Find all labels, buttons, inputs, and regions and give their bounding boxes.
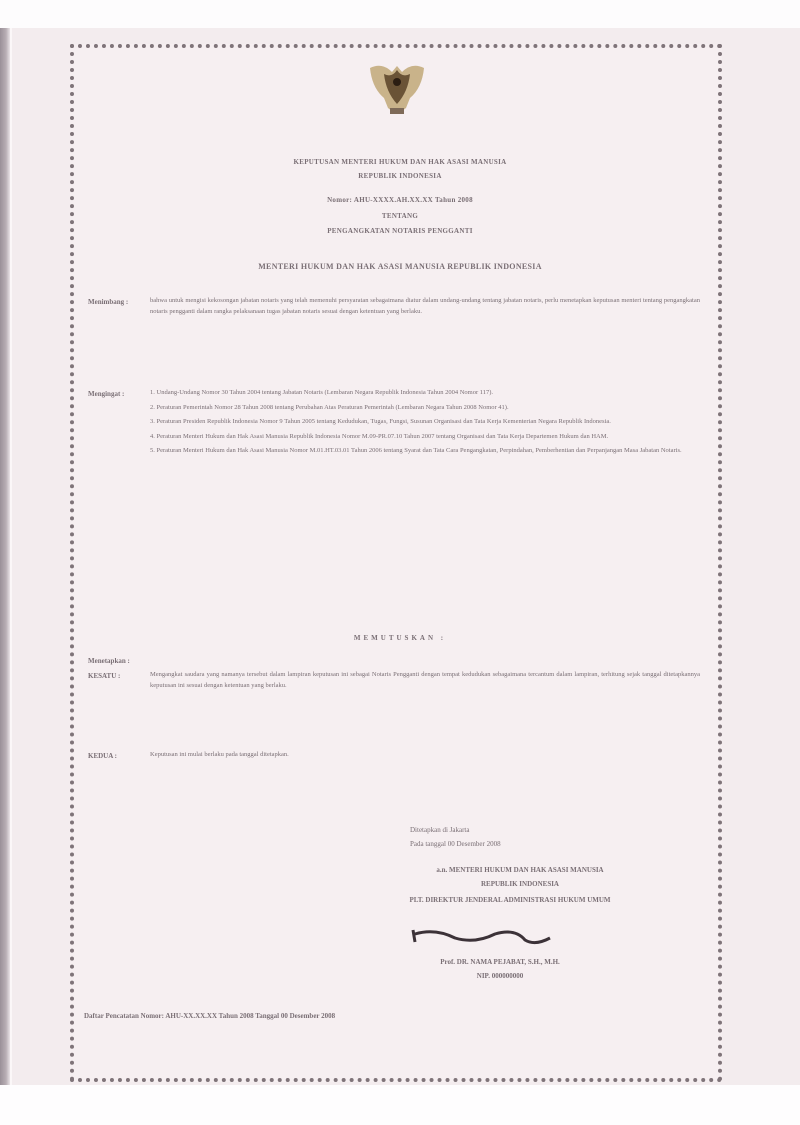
sign-date: Pada tanggal 00 Desember 2008 (410, 840, 610, 848)
kedua-label: KEDUA : (88, 752, 117, 760)
signatory-name: Prof. DR. NAMA PEJABAT, S.H., M.H. (360, 958, 640, 966)
mengingat-item: 4. Peraturan Menteri Hukum dan Hak Asasi… (150, 432, 700, 443)
scan-bottom-margin (0, 1085, 800, 1125)
memutuskan-heading: MEMUTUSKAN : (0, 634, 800, 642)
decree-subject: PENGANGKATAN NOTARIS PENGGANTI (0, 227, 800, 235)
registration-footer: Daftar Pencatatan Nomor: AHU-XX.XX.XX Ta… (84, 1012, 644, 1020)
decree-header-line2: REPUBLIK INDONESIA (0, 172, 800, 180)
kedua-text: Keputusan ini mulai berlaku pada tanggal… (150, 750, 700, 761)
menetapkan-label: Menetapkan : (88, 657, 130, 665)
kesatu-label: KESATU : (88, 672, 120, 680)
sign-director-title: PLT. DIREKTUR JENDERAL ADMINISTRASI HUKU… (300, 896, 720, 904)
signatory-nip: NIP. 000000000 (360, 972, 640, 980)
scan-top-margin (0, 0, 800, 28)
menimbang-label: Menimbang : (88, 298, 128, 306)
decree-about: TENTANG (0, 212, 800, 220)
handwritten-signature (405, 924, 575, 948)
decree-number: Nomor: AHU-XXXX.AH.XX.XX Tahun 2008 (0, 196, 800, 204)
mengingat-item: 2. Peraturan Pemerintah Nomor 28 Tahun 2… (150, 403, 700, 414)
mengingat-item: 3. Peraturan Presiden Republik Indonesia… (150, 417, 700, 428)
mengingat-label: Mengingat : (88, 390, 124, 398)
scan-left-edge (0, 28, 10, 1125)
mengingat-item: 5. Peraturan Menteri Hukum dan Hak Asasi… (150, 446, 700, 457)
garuda-emblem-icon (362, 58, 432, 128)
sign-place: Ditetapkan di Jakarta (410, 826, 610, 834)
mengingat-list: 1. Undang-Undang Nomor 30 Tahun 2004 ten… (150, 388, 700, 461)
issuer-title: MENTERI HUKUM DAN HAK ASASI MANUSIA REPU… (0, 262, 800, 271)
menimbang-text: bahwa untuk mengisi kekosongan jabatan n… (150, 296, 700, 317)
sign-on-behalf: a.n. MENTERI HUKUM DAN HAK ASASI MANUSIA (330, 866, 710, 874)
decree-header-line1: KEPUTUSAN MENTERI HUKUM DAN HAK ASASI MA… (0, 158, 800, 166)
kesatu-text: Mengangkat saudara yang namanya tersebut… (150, 670, 700, 691)
sign-country: REPUBLIK INDONESIA (330, 880, 710, 888)
mengingat-item: 1. Undang-Undang Nomor 30 Tahun 2004 ten… (150, 388, 700, 399)
